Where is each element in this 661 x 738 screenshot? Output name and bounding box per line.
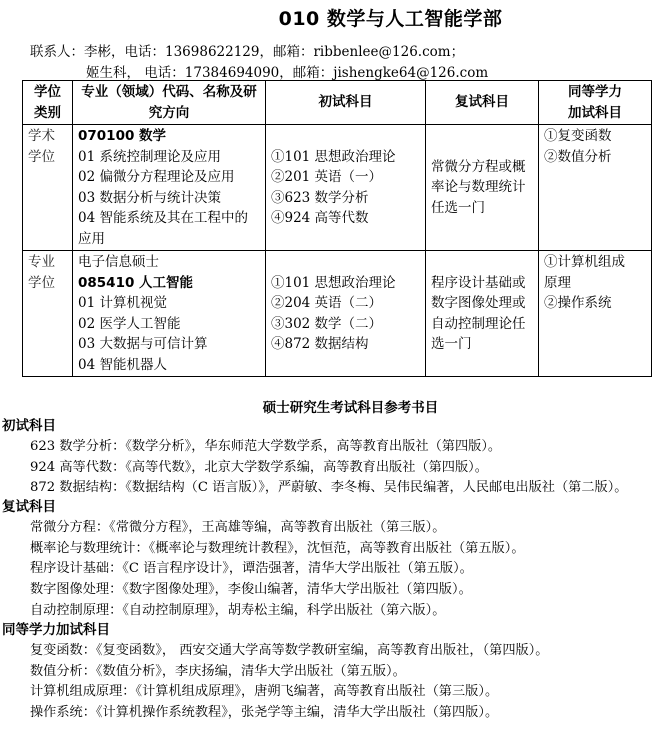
header-text: 学位	[28, 82, 67, 103]
reference-item: 924 高等代数：《高等代数》，北京大学数学系编，高等教育出版社（第四版）。	[0, 458, 661, 479]
table-header-row: 学位 类别 专业（领域）代码、名称及研 究方向 初试科目 复试科目 同等学力 加…	[23, 81, 652, 125]
reference-item: 数字图像处理：《数字图像处理》，李俊山编著，清华大学出版社（第四版）。	[0, 580, 661, 601]
reference-section-equivalent: 同等学力加试科目 复变函数：《复变函数》， 西安交通大学高等数学教研室编，高等教…	[0, 620, 661, 724]
reference-item: 623 数学分析：《数学分析》，华东师范大学数学系，高等教育出版社（第四版）。	[0, 437, 661, 458]
reference-item: 操作系统：《计算机操作系统教程》，张尧学等主编，清华大学出版社（第四版）。	[0, 703, 661, 724]
category-text: 学位	[28, 273, 67, 294]
category-text: 学术	[28, 126, 67, 147]
reference-item: 自动控制原理：《自动控制原理》，胡寿松主编，科学出版社（第六版）。	[0, 601, 661, 622]
exam-subject: ④924 高等代数	[271, 208, 420, 229]
exam-subject: ②204 英语（二）	[271, 293, 420, 314]
reference-item: 常微分方程：《常微分方程》，王高雄等编，高等教育出版社（第三版）。	[0, 518, 661, 539]
retest-text: 自动控制理论任	[431, 314, 533, 335]
equivalent-subject: ②数值分析	[544, 147, 646, 168]
header-text: 究方向	[78, 103, 260, 124]
research-direction: 03 大数据与可信计算	[78, 334, 260, 355]
section-heading: 同等学力加试科目	[0, 620, 661, 641]
degree-category-cell: 学术 学位	[23, 125, 73, 251]
category-text: 专业	[28, 252, 67, 273]
header-retest: 复试科目	[426, 81, 539, 125]
category-text: 学位	[28, 147, 67, 168]
header-text: 复试科目	[431, 92, 533, 113]
research-direction: 04 智能系统及其在工程中的	[78, 208, 260, 229]
header-initial-exam: 初试科目	[266, 81, 426, 125]
reference-item: 计算机组成原理：《计算机组成原理》，唐朔飞编著，高等教育出版社（第三版）。	[0, 682, 661, 703]
header-text: 初试科目	[271, 92, 420, 113]
equivalent-exam-cell: ①复变函数 ②数值分析	[539, 125, 652, 251]
retest-cell: 常微分方程或概 率论与数理统计 任选一门	[426, 125, 539, 251]
equivalent-subject: 原理	[544, 273, 646, 294]
retest-text: 常微分方程或概	[431, 157, 533, 178]
equivalent-subject: ①计算机组成	[544, 252, 646, 273]
header-text: 专业（领域）代码、名称及研	[78, 82, 260, 103]
page-title: 010 数学与人工智能学部	[0, 4, 661, 31]
exam-subject: ②201 英语（一）	[271, 167, 420, 188]
equivalent-exam-cell: ①计算机组成 原理 ②操作系统	[539, 251, 652, 377]
research-direction: 02 医学人工智能	[78, 314, 260, 335]
header-program: 专业（领域）代码、名称及研 究方向	[73, 81, 266, 125]
section-heading: 初试科目	[0, 416, 661, 437]
exam-subject: ①101 思想政治理论	[271, 147, 420, 168]
initial-exam-cell: ①101 思想政治理论 ②204 英语（二） ③302 数学（二） ④872 数…	[266, 251, 426, 377]
reference-books-title: 硕士研究生考试科目参考书目	[0, 396, 661, 416]
reference-item: 程序设计基础：《C 语言程序设计》，谭浩强著，清华大学出版社（第五版）。	[0, 559, 661, 580]
contact-line-1: 联系人：李彬，电话：13698622129，邮箱：ribbenlee@126.c…	[30, 40, 464, 60]
equivalent-subject: ①复变函数	[544, 126, 646, 147]
reference-item: 复变函数：《复变函数》， 西安交通大学高等数学教研室编，高等教育出版社，（第四版…	[0, 641, 661, 662]
exam-subject: ③623 数学分析	[271, 188, 420, 209]
degree-category-cell: 专业 学位	[23, 251, 73, 377]
header-equivalent-exam: 同等学力 加试科目	[539, 81, 652, 125]
research-direction: 01 计算机视觉	[78, 293, 260, 314]
header-text: 同等学力	[544, 82, 646, 103]
program-type: 电子信息硕士	[78, 252, 260, 273]
reference-item: 概率论与数理统计：《概率论与数理统计教程》，沈恒范，高等教育出版社（第五版）。	[0, 539, 661, 560]
program-cell: 电子信息硕士 085410 人工智能 01 计算机视觉 02 医学人工智能 03…	[73, 251, 266, 377]
initial-exam-cell: ①101 思想政治理论 ②201 英语（一） ③623 数学分析 ④924 高等…	[266, 125, 426, 251]
retest-text: 程序设计基础或	[431, 273, 533, 294]
research-direction: 01 系统控制理论及应用	[78, 147, 260, 168]
research-direction: 应用	[78, 229, 260, 250]
table-row: 学术 学位 070100 数学 01 系统控制理论及应用 02 偏微分方程理论及…	[23, 125, 652, 251]
program-code-name: 085410 人工智能	[78, 273, 260, 294]
retest-text: 任选一门	[431, 198, 533, 219]
contact-line-2: 姬生科， 电话：17384694090，邮箱：jishengke64@126.c…	[86, 61, 488, 81]
research-direction: 04 智能机器人	[78, 355, 260, 376]
research-direction: 02 偏微分方程理论及应用	[78, 167, 260, 188]
program-cell: 070100 数学 01 系统控制理论及应用 02 偏微分方程理论及应用 03 …	[73, 125, 266, 251]
exam-subject: ①101 思想政治理论	[271, 273, 420, 294]
reference-section-retest: 复试科目 常微分方程：《常微分方程》，王高雄等编，高等教育出版社（第三版）。 概…	[0, 497, 661, 621]
table-row: 专业 学位 电子信息硕士 085410 人工智能 01 计算机视觉 02 医学人…	[23, 251, 652, 377]
retest-text: 选一门	[431, 334, 533, 355]
exam-subject: ④872 数据结构	[271, 334, 420, 355]
retest-text: 率论与数理统计	[431, 177, 533, 198]
header-text: 加试科目	[544, 103, 646, 124]
header-text: 类别	[28, 103, 67, 124]
reference-item: 数值分析：《数值分析》，李庆扬编，清华大学出版社（第五版）。	[0, 662, 661, 683]
section-heading: 复试科目	[0, 497, 661, 518]
exam-subjects-table: 学位 类别 专业（领域）代码、名称及研 究方向 初试科目 复试科目 同等学力 加…	[22, 80, 652, 377]
reference-item: 872 数据结构：《数据结构（C 语言版）》，严蔚敏、李冬梅、吴伟民编著，人民邮…	[0, 478, 661, 499]
program-code-name: 070100 数学	[78, 126, 260, 147]
retest-cell: 程序设计基础或 数字图像处理或 自动控制理论任 选一门	[426, 251, 539, 377]
header-degree-type: 学位 类别	[23, 81, 73, 125]
research-direction: 03 数据分析与统计决策	[78, 188, 260, 209]
reference-section-initial: 初试科目 623 数学分析：《数学分析》，华东师范大学数学系，高等教育出版社（第…	[0, 416, 661, 499]
equivalent-subject: ②操作系统	[544, 293, 646, 314]
exam-subject: ③302 数学（二）	[271, 314, 420, 335]
retest-text: 数字图像处理或	[431, 293, 533, 314]
